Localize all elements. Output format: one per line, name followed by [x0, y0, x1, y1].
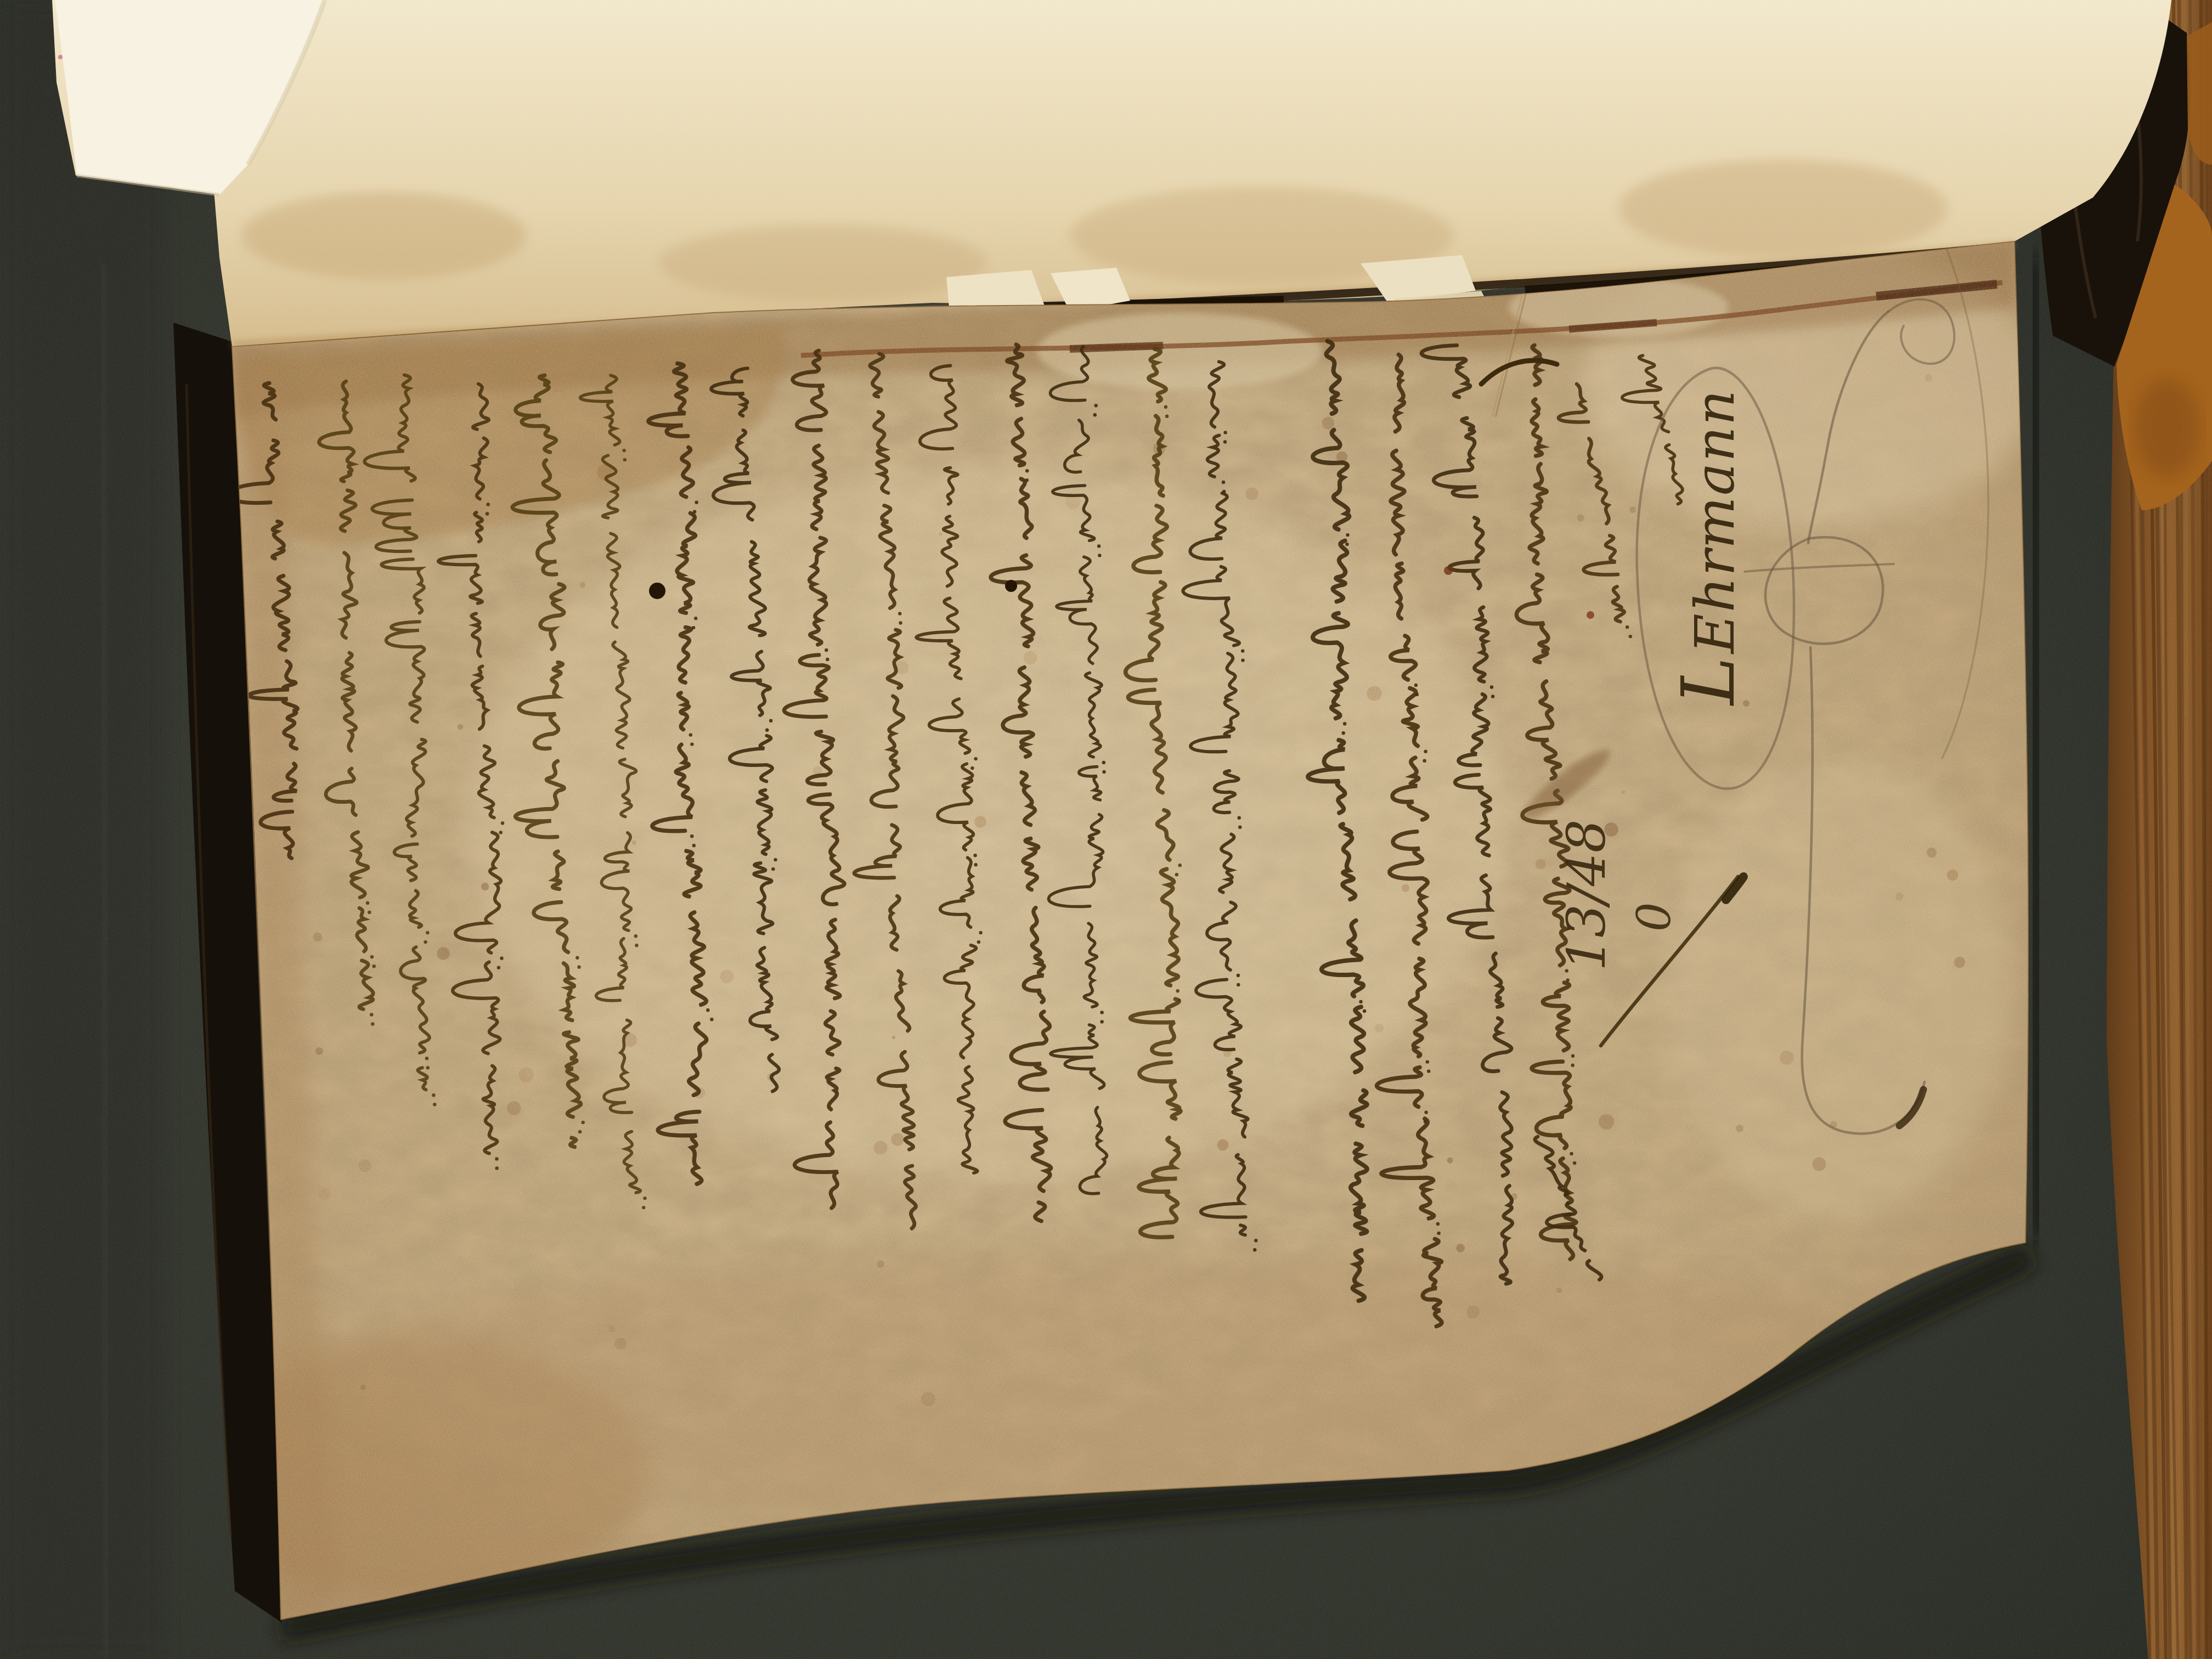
word-separator-dots — [769, 719, 772, 723]
word-separator-dots — [426, 1066, 430, 1069]
word-separator-dots — [1223, 440, 1227, 443]
word-separator-dots — [970, 766, 974, 770]
word-separator-dots — [692, 844, 696, 847]
ink-blot — [1005, 580, 1017, 592]
word-separator-dots — [495, 1166, 499, 1170]
word-separator-dots — [370, 1013, 373, 1016]
word-separator-dots — [623, 458, 627, 461]
word-separator-dots — [765, 729, 769, 732]
word-separator-dots — [1241, 658, 1244, 662]
word-separator-dots — [826, 658, 829, 661]
scene-canvas: LEhrmann 13/48 0 — [0, 0, 2212, 1659]
word-separator-dots — [366, 901, 369, 905]
word-separator-dots — [1177, 998, 1181, 1002]
word-separator-dots — [974, 757, 977, 760]
word-separator-dots — [1415, 693, 1419, 696]
pages-stain — [241, 192, 527, 280]
word-separator-dots — [424, 940, 427, 944]
signature-initial: L — [1667, 656, 1751, 706]
word-separator-dots — [1566, 978, 1569, 981]
word-separator-dots — [371, 1022, 374, 1025]
word-separator-dots — [1570, 1152, 1573, 1155]
word-separator-dots — [1490, 685, 1493, 689]
word-separator-dots — [977, 940, 980, 944]
word-separator-dots — [1342, 731, 1345, 735]
word-separator-dots — [710, 1018, 713, 1021]
word-separator-dots — [432, 1093, 435, 1097]
photograph-of-manuscript: LEhrmann 13/48 0 — [0, 0, 2212, 1659]
word-separator-dots — [771, 867, 775, 871]
word-separator-dots — [1223, 431, 1227, 434]
pages-stain — [1618, 159, 1948, 258]
word-separator-dots — [1423, 759, 1426, 763]
word-separator-dots — [825, 648, 828, 652]
word-separator-dots — [497, 966, 500, 969]
word-separator-dots — [1241, 649, 1244, 652]
word-separator-dots — [1359, 1000, 1362, 1003]
word-separator-dots — [693, 510, 696, 513]
word-separator-dots — [1254, 1239, 1257, 1242]
word-separator-dots — [706, 1008, 709, 1012]
word-separator-dots — [1491, 695, 1494, 698]
ink-blot — [649, 583, 665, 599]
word-separator-dots — [1629, 635, 1632, 638]
word-separator-dots — [1363, 1009, 1366, 1013]
word-separator-dots — [1414, 684, 1418, 687]
word-separator-dots — [575, 956, 579, 960]
word-separator-dots — [1424, 750, 1427, 753]
pages-stain — [658, 225, 988, 302]
word-separator-dots — [899, 621, 902, 624]
word-separator-dots — [1100, 1011, 1103, 1014]
word-separator-dots — [499, 831, 503, 834]
word-separator-dots — [1165, 415, 1169, 418]
word-separator-dots — [501, 821, 504, 825]
word-separator-dots — [690, 834, 693, 838]
word-separator-dots — [1573, 1161, 1576, 1165]
word-separator-dots — [373, 964, 376, 968]
word-separator-dots — [898, 612, 901, 615]
word-separator-dots — [979, 931, 982, 934]
word-separator-dots — [1164, 405, 1167, 409]
word-separator-dots — [643, 1197, 646, 1200]
word-separator-dots — [1253, 1248, 1256, 1251]
word-separator-dots — [578, 1130, 582, 1133]
word-separator-dots — [495, 1157, 498, 1160]
word-separator-dots — [1102, 761, 1105, 764]
word-separator-dots — [1222, 481, 1225, 484]
word-separator-dots — [368, 911, 371, 914]
word-separator-dots — [1098, 554, 1101, 557]
word-separator-dots — [622, 449, 625, 452]
word-separator-dots — [1343, 722, 1346, 725]
word-separator-dots — [433, 1103, 436, 1106]
word-separator-dots — [695, 501, 698, 504]
word-separator-dots — [1025, 478, 1029, 482]
rust-dot — [1587, 611, 1594, 619]
word-separator-dots — [973, 854, 977, 857]
word-separator-dots — [635, 944, 638, 947]
word-separator-dots — [425, 1057, 428, 1060]
word-separator-dots — [634, 934, 637, 938]
word-separator-dots — [1100, 1020, 1103, 1023]
word-separator-dots — [1346, 533, 1349, 537]
word-separator-dots — [642, 1206, 645, 1209]
word-separator-dots — [1094, 404, 1098, 407]
word-separator-dots — [1424, 1110, 1427, 1114]
word-separator-dots — [1093, 413, 1097, 416]
word-separator-dots — [1175, 873, 1178, 876]
word-separator-dots — [1102, 770, 1105, 774]
shelfmark-secondary: 0 — [1627, 902, 1681, 932]
word-separator-dots — [1238, 826, 1242, 829]
word-separator-dots — [1222, 490, 1226, 493]
word-separator-dots — [426, 931, 429, 934]
word-separator-dots — [692, 626, 695, 629]
tan-leather-mottle — [2134, 379, 2200, 477]
word-separator-dots — [694, 617, 697, 620]
word-separator-dots — [1237, 974, 1240, 977]
word-separator-dots — [974, 863, 977, 866]
page-right-shadow — [2033, 258, 2039, 1240]
word-separator-dots — [1437, 1232, 1440, 1235]
word-separator-dots — [1176, 989, 1180, 992]
word-separator-dots — [1426, 1060, 1429, 1063]
word-separator-dots — [1345, 543, 1348, 546]
word-separator-dots — [1238, 816, 1241, 820]
word-separator-dots — [1097, 544, 1101, 548]
rust-dot — [1444, 566, 1453, 575]
word-separator-dots — [1571, 1054, 1575, 1058]
shelfmark-main: 13/48 — [1556, 819, 1617, 971]
word-separator-dots — [1571, 1064, 1575, 1067]
word-separator-dots — [487, 503, 490, 506]
word-separator-dots — [1178, 864, 1182, 867]
pink-speck — [58, 55, 63, 59]
word-separator-dots — [500, 957, 503, 960]
word-separator-dots — [689, 733, 692, 736]
word-separator-dots — [582, 1121, 585, 1124]
signature-name: Ehrmann — [1683, 389, 1747, 654]
word-separator-dots — [774, 858, 777, 861]
word-separator-dots — [1427, 1069, 1430, 1073]
word-separator-dots — [1025, 469, 1029, 472]
word-separator-dots — [370, 955, 374, 958]
word-separator-dots — [690, 742, 693, 746]
word-separator-dots — [1237, 983, 1240, 986]
word-separator-dots — [1424, 1120, 1427, 1123]
word-separator-dots — [1626, 625, 1629, 629]
word-separator-dots — [486, 512, 489, 515]
word-separator-dots — [577, 966, 580, 969]
word-separator-dots — [1436, 1222, 1440, 1226]
